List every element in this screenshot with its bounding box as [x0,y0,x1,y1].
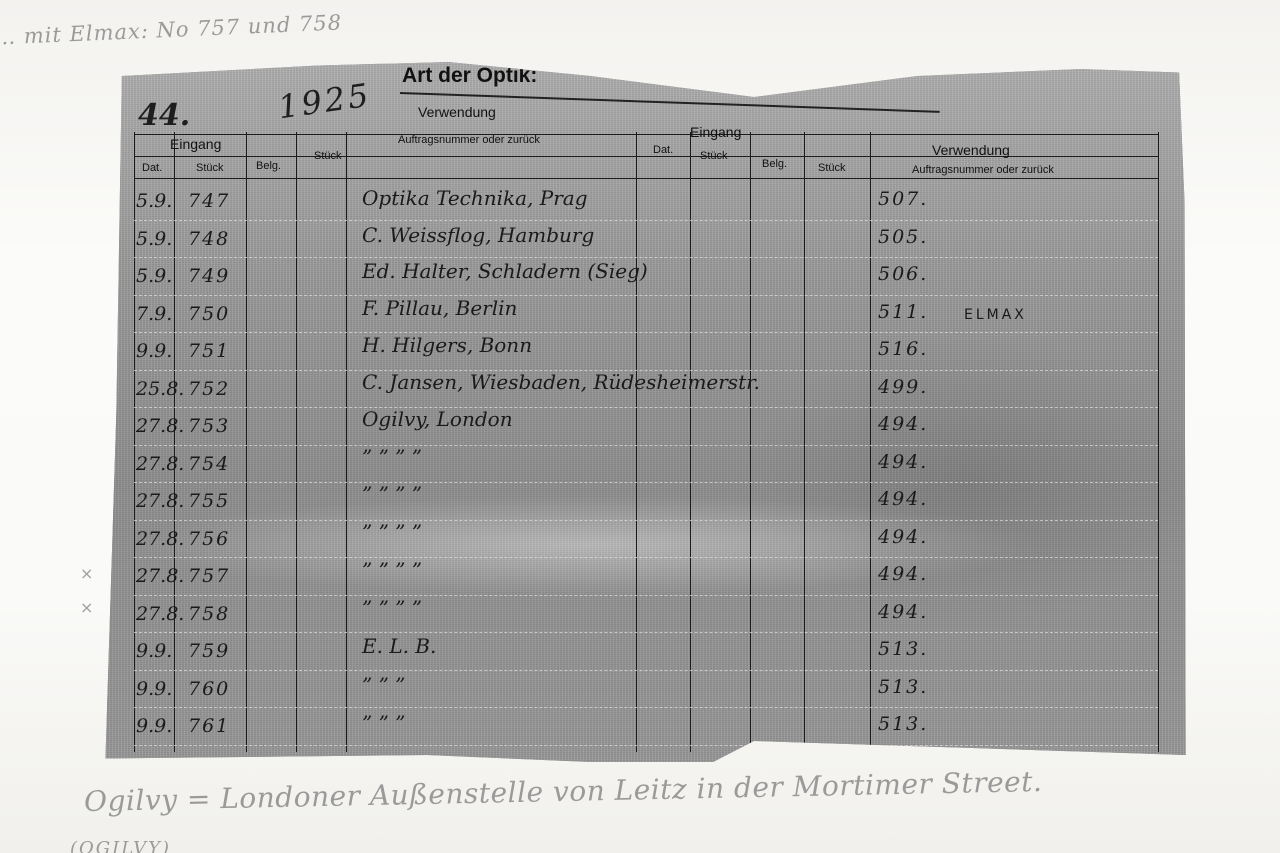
column-divider [296,132,297,752]
header-stueck2-right: Stück [818,162,846,174]
column-divider [870,132,871,752]
row-number: 757 [188,565,230,587]
row-rule [134,407,1158,408]
row-order-number: 513. [878,676,928,698]
row-note: ELMAX [964,307,1027,323]
header-stueck-right: Stück [700,150,728,162]
row-usage: C. Jansen, Wiesbaden, Rüdesheimerstr. [362,370,760,394]
row-number: 754 [188,453,230,475]
row-usage: ” ” ” [362,673,405,697]
row-usage: Optika Technika, Prag [362,186,588,210]
column-divider [1158,132,1159,752]
row-date: 27.8. [136,490,184,512]
row-number: 759 [188,640,230,662]
row-rule [134,745,1158,746]
row-number: 749 [188,265,230,287]
header-dat-right: Dat. [653,144,673,156]
column-divider [636,132,637,752]
row-date: 25.8. [136,378,184,400]
row-usage: ” ” ” ” [362,482,422,506]
row-number: 751 [188,340,230,362]
row-usage: ” ” ” ” [362,520,422,544]
column-divider [134,132,135,752]
row-date: 9.9. [136,340,172,362]
row-usage: ” ” ” ” [362,596,422,620]
row-order-number: 494. [878,563,928,585]
row-number: 747 [188,190,230,212]
row-order-number: 513. [878,713,928,735]
row-number: 752 [188,378,230,400]
row-rule [134,332,1158,333]
row-order-number: 507. [878,188,928,210]
row-rule [134,520,1158,521]
row-usage: Ogilvy, London [362,407,513,431]
header-auftrag-right: Auftragsnummer oder zurück [912,164,1054,176]
row-date: 9.9. [136,715,172,737]
row-rule [134,257,1158,258]
row-number: 758 [188,603,230,625]
row-rule [134,632,1158,633]
row-rule [134,482,1158,483]
row-order-number: 513. [878,638,928,660]
row-usage: Ed. Halter, Schladern (Sieg) [362,259,648,283]
row-date: 7.9. [136,303,172,325]
row-date: 9.9. [136,640,172,662]
row-order-number: 494. [878,451,928,473]
row-usage: F. Pillau, Berlin [362,296,517,320]
row-date: 5.9. [136,228,172,250]
margin-mark-757: × [80,564,93,583]
row-usage: H. Hilgers, Bonn [362,333,532,357]
row-date: 27.8. [136,415,184,437]
header-verwendung-right: Verwendung [932,142,1010,158]
header-eingang-right: Eingang [690,124,741,140]
row-number: 755 [188,490,230,512]
row-usage: C. Weissflog, Hamburg [362,223,594,247]
column-divider [246,132,247,752]
row-order-number: 494. [878,488,928,510]
row-usage: ” ” ” ” [362,445,422,469]
row-date: 27.8. [136,453,184,475]
header-dat-left: Dat. [142,162,162,174]
margin-mark-758: × [80,598,93,617]
row-date: 27.8. [136,603,184,625]
row-rule [134,595,1158,596]
row-number: 761 [188,715,230,737]
row-usage: ” ” ” [362,711,405,735]
row-number: 750 [188,303,230,325]
row-rule [134,670,1158,671]
row-number: 753 [188,415,230,437]
row-order-number: 511. [878,301,928,323]
header-bottom-line [134,178,1158,179]
column-divider [174,132,175,752]
row-date: 5.9. [136,265,172,287]
row-order-number: 494. [878,601,928,623]
bottom-pencil-note-partial: (OGILVY) [70,838,171,853]
row-date: 27.8. [136,565,184,587]
row-number: 756 [188,528,230,550]
row-order-number: 506. [878,263,928,285]
header-stueck2-left: Stück [314,150,342,162]
ledger-number: 44. [138,98,190,133]
column-divider [804,132,805,752]
row-order-number: 505. [878,226,928,248]
header-eingang-left: Eingang [170,136,221,152]
row-usage: E. L. B. [362,634,436,658]
column-divider [346,132,347,752]
row-date: 5.9. [136,190,172,212]
row-rule [134,707,1158,708]
header-verwendung-left: Verwendung [418,104,496,120]
row-rule [134,220,1158,221]
row-date: 9.9. [136,678,172,700]
header-belg-left: Belg. [256,160,281,172]
row-usage: ” ” ” ” [362,558,422,582]
row-order-number: 499. [878,376,928,398]
row-order-number: 516. [878,338,928,360]
header-auftrag-left: Auftragsnummer oder zurück [398,134,540,146]
row-rule [134,445,1158,446]
row-date: 27.8. [136,528,184,550]
row-order-number: 494. [878,413,928,435]
header-top-line [134,134,1158,135]
row-rule [134,557,1158,558]
column-divider [750,132,751,752]
header-stueck-left: Stück [196,162,224,174]
row-number: 760 [188,678,230,700]
ledger-card: 44. 1925 Art der Optik: EingangVerwendun… [100,62,1190,762]
header-belg-right: Belg. [762,158,787,170]
row-number: 748 [188,228,230,250]
row-rule [134,295,1158,296]
column-divider [690,132,691,752]
row-order-number: 494. [878,526,928,548]
